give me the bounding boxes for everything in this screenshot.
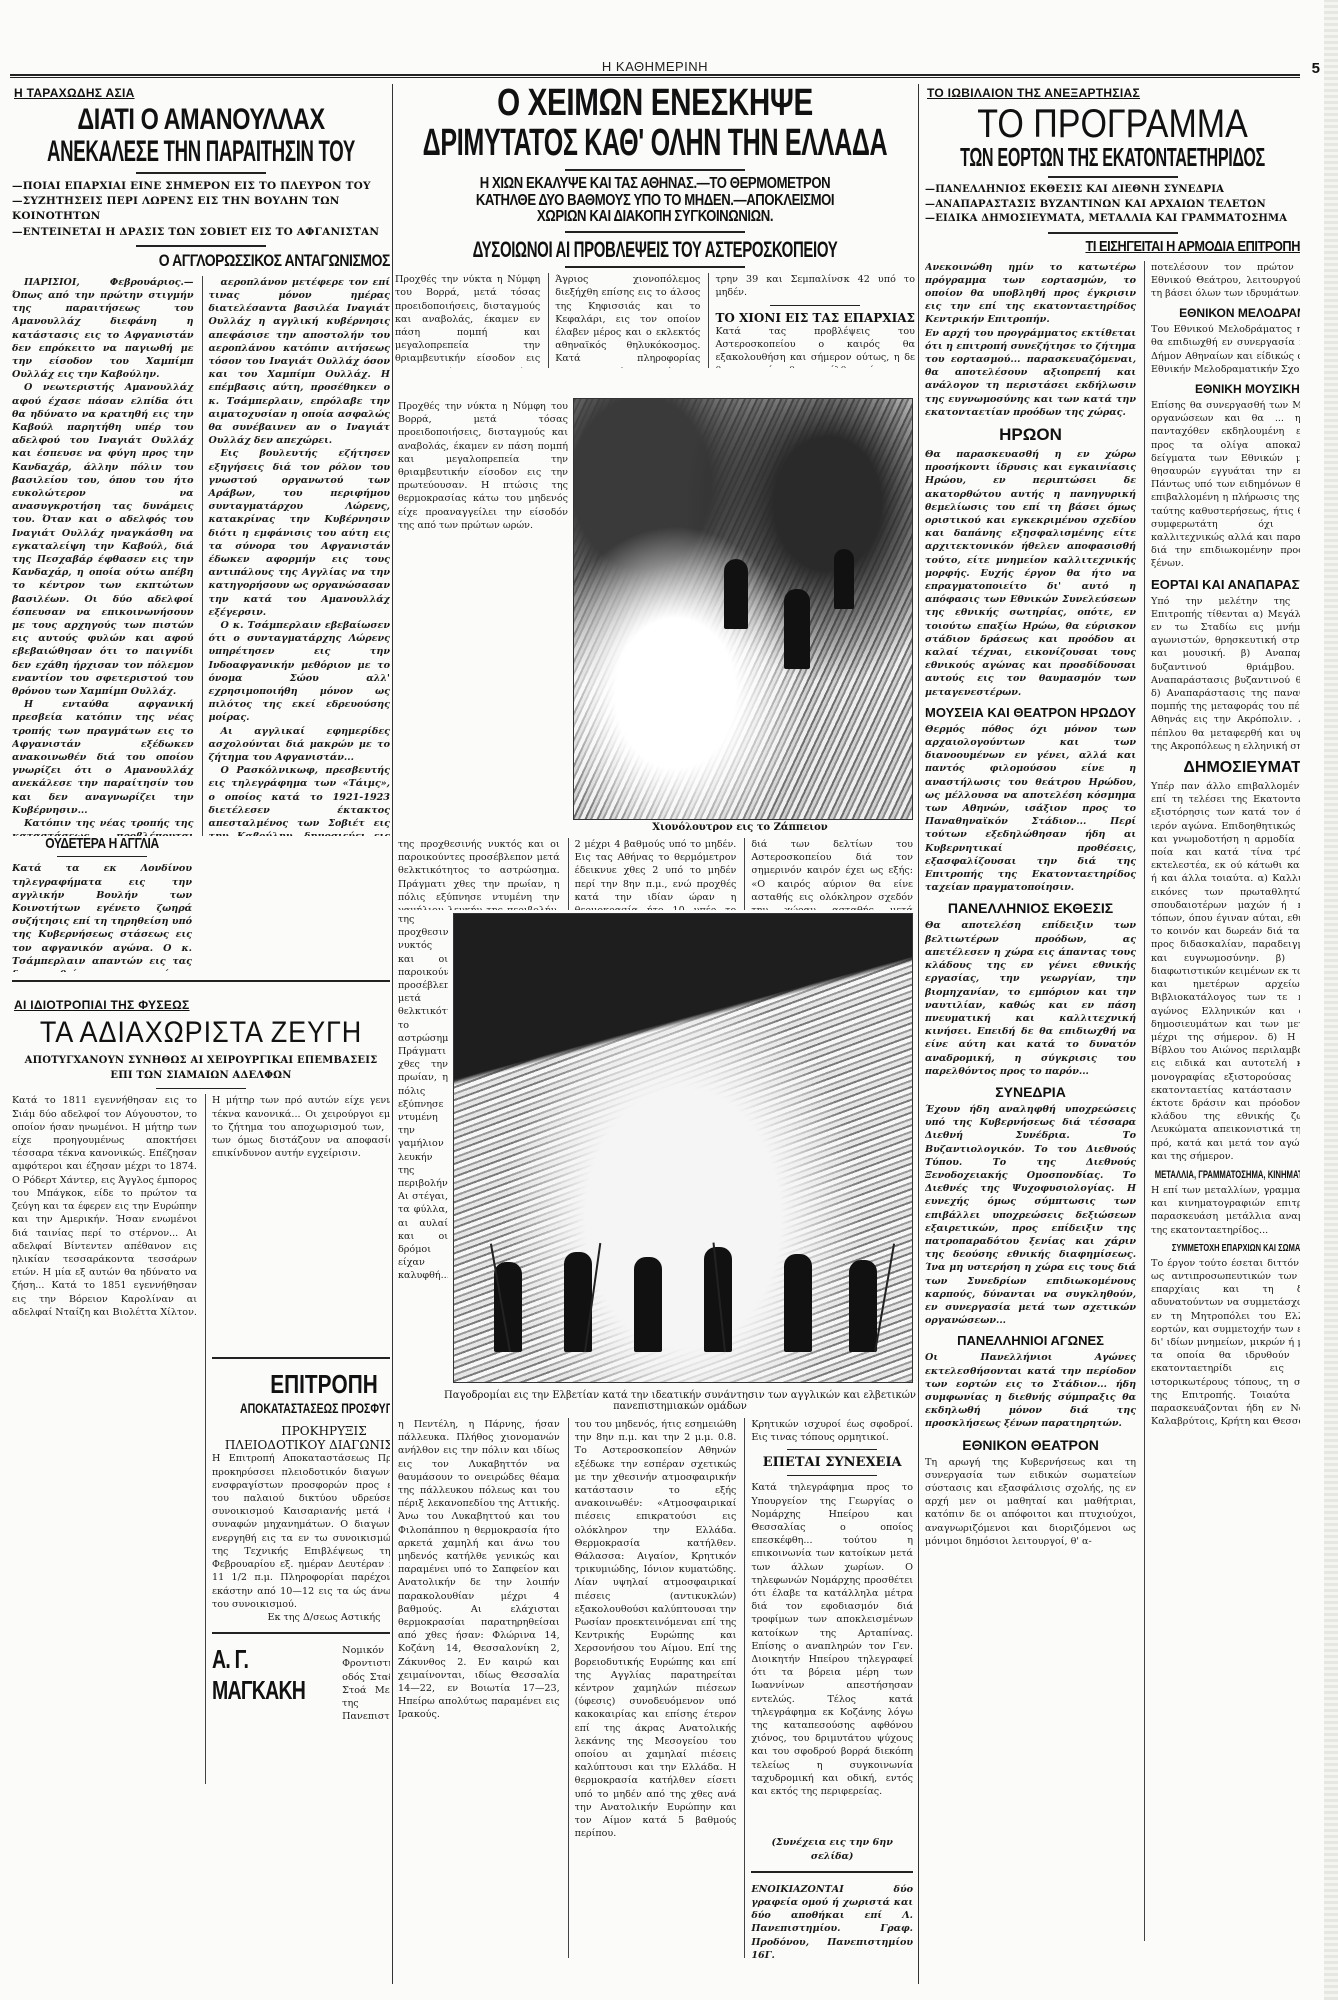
- section-head-festivals: ΕΟΡΤΑΙ ΚΑΙ ΑΝΑΠΑΡΑΣΤΑΣΕΙΣ: [1151, 577, 1300, 592]
- divider: [212, 1357, 390, 1361]
- headline-program-2: ΤΩΝ ΕΟΡΤΩΝ ΤΗΣ ΕΚΑΤΟΝΤΑΕΤΗΡΙΔΟΣ: [928, 144, 1297, 171]
- paragraph: Κατά τηλεγράφημα προς το Υπουργείον της …: [751, 1481, 913, 1836]
- paragraph: Τη αρωγή της Κυβερνήσεως και τη συνεργασ…: [925, 1456, 1136, 1548]
- article-column: 2 μέχρι 4 βαθμούς υπό το μηδέν. Εις τας …: [568, 838, 737, 910]
- classified-ad: ΕΝΟΙΚΙΑΖΟΝΤΑΙ δύο γραφεία ομού ή χωριστά…: [751, 1883, 913, 1958]
- divider: [1048, 176, 1178, 178]
- paragraph: Ανεκοινώθη ημίν το κατωτέρω πρόγραμμα τω…: [925, 261, 1136, 327]
- article-column: Άγριος χιονοπόλεμος διεξήχθη επίσης εις …: [548, 273, 700, 368]
- paragraph: Θα αποτελέση επίδειξιν των βελτιωτέρων π…: [925, 919, 1136, 1077]
- subhead-list: —ΠΟΙΑΙ ΕΠΑΡΧΙΑΙ ΕΙΝΕ ΣΗΜΕΡΟΝ ΕΙΣ ΤΟ ΠΛΕΥ…: [12, 179, 390, 240]
- skier-figure: [849, 1260, 877, 1352]
- continued-footer: (Συνέχεια εις την 6ην σελίδα): [751, 1836, 913, 1862]
- inner-section: ΟΥΔΕΤΕΡΑ Η ΑΓΓΛΙΑ Κατά τα εκ Λονδίνου τη…: [12, 836, 192, 973]
- photo-figure: [834, 549, 854, 609]
- notice-line: ΠΡΟΚΗΡΥΞΙΣ: [212, 1424, 390, 1438]
- section-head-heroon: ΗΡΩΟΝ: [925, 425, 1136, 445]
- kicker-afghanistan: Η ΤΑΡΑΧΩΔΗΣ ΑΣΙΑ: [14, 86, 135, 100]
- article-column: ΠΑΡΙΣΙΟΙ, Φεβρουάριος.— Όπως από την πρώ…: [12, 276, 194, 836]
- divider: [565, 231, 745, 233]
- paragraph: Κατά τας προβλέψεις του Αστεροσκοπείου ο…: [715, 325, 915, 369]
- skier-figure: [634, 1257, 662, 1352]
- section-head-melodrama: ΕΘΝΙΚΟΝ ΜΕΛΟΔΡΑΜΑ: [1151, 306, 1300, 320]
- divider: [212, 1632, 390, 1636]
- masthead: Η ΚΑΘΗΜΕΡΙΝΗ 5: [10, 56, 1300, 76]
- notice-signature: Εκ της Δ/σεως Αστικής: [212, 1611, 390, 1624]
- paragraph: Υπό την μελέτην της Ειδικής Επιτροπής τί…: [1151, 595, 1300, 753]
- article-column: του του μηδενός, ήτις εσημειώθη την 8ην …: [568, 1418, 737, 1958]
- headline-winter-1: Ο ΧΕΙΜΩΝ ΕΝΕΣΚΗΨΕ: [452, 84, 858, 124]
- headline-winter-2: ΔΡΙΜΥΤΑΤΟΣ ΚΑΘ' ΟΛΗΝ ΤΗΝ ΕΛΛΑΔΑ: [404, 124, 906, 164]
- article-winter-strip: της προχθεσινής νυκτός και οι παροικούντ…: [398, 913, 448, 1383]
- notice-body: Η Επιτροπή Αποκαταστάσεως Προσφύγων προκ…: [212, 1452, 390, 1610]
- notice-line: ΠΛΕΙΟΔΟΤΙΚΟΥ ΔΙΑΓΩΝΙΣΜΟΥ: [212, 1438, 390, 1452]
- headline-siamese: ΤΑ ΑΔΙΑΧΩΡΙΣΤΑ ΖΕΥΓΗ: [31, 1016, 371, 1050]
- headline-observatory: ΔΥΣΟΙΩΝΟΙ ΑΙ ΠΡΟΒΛΕΨΕΙΣ ΤΟΥ ΑΣΤΕΡΟΣΚΟΠΕΙ…: [390, 238, 920, 261]
- ad-text: Νομικόν Φροντιστήριον οδός Σταδίου 37α, …: [342, 1644, 390, 1723]
- article-column: Η μήτηρ των πρό αυτών είχε γεννήσει δύο …: [205, 1094, 390, 1784]
- paragraph: αεροπλάνον μετέφερε τον επί τινας μόνον …: [209, 276, 391, 448]
- kicker-nature: ΑΙ ΙΔΙΟΤΡΟΠΙΑΙ ΤΗΣ ΦΥΣΕΩΣ: [14, 998, 190, 1012]
- ad-logo: Α. Γ. ΜΑΓΚΑΚΗ: [212, 1644, 305, 1723]
- paragraph: Θερμός πόθος όχι μόνον των αρχαιολογούντ…: [925, 723, 1136, 895]
- left-column: Η ΤΑΡΑΧΩΔΗΣ ΑΣΙΑ ΔΙΑΤΙ Ο ΑΜΑΝΟΥΛΛΑΧ ΑΝΕΚ…: [12, 80, 390, 1784]
- story-divider: [12, 980, 390, 984]
- divider: [751, 1871, 913, 1875]
- subhead-item: —ΠΟΙΑΙ ΕΠΑΡΧΙΑΙ ΕΙΝΕ ΣΗΜΕΡΟΝ ΕΙΣ ΤΟ ΠΛΕΥ…: [12, 179, 390, 194]
- paragraph: ΠΑΡΙΣΙΟΙ, Φεβρουάριος.— Όπως από την πρώ…: [12, 276, 194, 382]
- notice-refugee-committee: ΕΠΙΤΡΟΠΗ ΑΠΟΚΑΤΑΣΤΑΣΕΩΣ ΠΡΟΣΦΥΓΩΝ ΠΡΟΚΗΡ…: [212, 1369, 390, 1624]
- section-head-medals: ΜΕΤΑΛΛΙΑ, ΓΡΑΜΜΑΤΟΣΗΜΑ, ΚΙΝΗΜΑΤΟΓΡΑΦΟΣ: [1152, 1169, 1300, 1181]
- subhead-item: —ΠΑΝΕΛΛΗΝΙΟΣ ΕΚΘΕΣΙΣ ΚΑΙ ΔΙΕΘΝΗ ΣΥΝΕΔΡΙΑ: [925, 183, 1300, 198]
- newspaper-page: Η ΚΑΘΗΜΕΡΙΝΗ 5 Η ΤΑΡΑΧΩΔΗΣ ΑΣΙΑ ΔΙΑΤΙ Ο …: [0, 0, 1338, 2000]
- headline-program-1: ΤΟ ΠΡΟΓΡΑΜΜΑ: [953, 104, 1272, 144]
- subhead-item: —ΕΙΔΙΚΑ ΔΗΜΟΣΙΕΥΜΑΤΑ, ΜΕΤΑΛΛΙΑ ΚΑΙ ΓΡΑΜΜ…: [925, 212, 1300, 227]
- section-head-monuments: ΣΥΜΜΕΤΟΧΗ ΕΠΑΡΧΙΩΝ ΚΑΙ ΣΩΜΑΤΕΙΩΝ: [1153, 1243, 1300, 1254]
- section-head-congress: ΣΥΝΕΔΡΙΑ: [925, 1084, 1136, 1100]
- section-head-rivalry: Ο ΑΓΓΛΟΡΩΣΣΙΚΟΣ ΑΝΤΑΓΩΝΙΣΜΟΣ: [80, 252, 390, 270]
- middle-column: Ο ΧΕΙΜΩΝ ΕΝΕΣΚΗΨΕ ΔΡΙΜΥΤΑΤΟΣ ΚΑΘ' ΟΛΗΝ Τ…: [395, 80, 915, 368]
- photo-figure: [784, 589, 810, 669]
- article-column: η Πεντέλη, η Πάρνης, ήσαν πάλλευκα. Πλήθ…: [398, 1418, 560, 1958]
- paragraph: Υπέρ παν άλλο επιβαλλομένη είνε η επί τη…: [1151, 780, 1300, 1163]
- paragraph: Ο κ. Τσάμπερλαιν εβεβαίωσεν ότι ο συνταγ…: [209, 619, 391, 725]
- paragraph: Η επί των μεταλλίων, γραμματοσήμων και κ…: [1151, 1184, 1300, 1237]
- column-divider: [918, 84, 919, 1984]
- newspaper-title: Η ΚΑΘΗΜΕΡΙΝΗ: [602, 59, 708, 74]
- ad-magkaki: Α. Γ. ΜΑΓΚΑΚΗ Νομικόν Φροντιστήριον οδός…: [212, 1644, 390, 1723]
- paragraph: Η μήτηρ των πρό αυτών είχε γεννήσει δύο …: [212, 1094, 390, 1349]
- divider: [770, 305, 860, 306]
- subhead-item: —ΕΝΤΕΙΝΕΤΑΙ Η ΔΡΑΣΙΣ ΤΩΝ ΣΟΒΙΕΤ ΕΙΣ ΤΟ Α…: [12, 225, 390, 240]
- paragraph: Η ενταύθα αφγανική πρεσβεία κατόπιν της …: [12, 698, 194, 817]
- masthead-rule: [10, 74, 1300, 78]
- section-head-theatre: ΕΘΝΙΚΟΝ ΘΕΑΤΡΟΝ: [925, 1437, 1136, 1453]
- divider: [1048, 232, 1178, 234]
- section-head-expo: ΠΑΝΕΛΛΗΝΙΟΣ ΕΚΘΕΣΙΣ: [925, 900, 1136, 916]
- paragraph: Κρητικών ισχυροί έως σφοδροί. Εις τινας …: [751, 1418, 913, 1444]
- right-column: ΤΟ ΙΩΒΙΛΑΙΟΝ ΤΗΣ ΑΝΕΞΑΡΤΗΣΙΑΣ ΤΟ ΠΡΟΓΡΑΜ…: [925, 80, 1300, 1941]
- paragraph: Εις βουλευτής εζήτησεν εξηγήσεις διά τον…: [209, 447, 391, 619]
- paragraph: ποτελέσουν τον πρώτον θίασον Εθνικού Θεά…: [1151, 261, 1300, 301]
- paragraph: Αι αγγλικαί εφημερίδες ασχολούνται διά μ…: [209, 725, 391, 765]
- section-head-games: ΠΑΝΕΛΛΗΝΙΟΙ ΑΓΩΝΕΣ: [925, 1333, 1136, 1348]
- article-column: Κατά το 1811 εγεννήθησαν εις το Σιάμ δύο…: [12, 1094, 197, 1784]
- article-winter-bottom: η Πεντέλη, η Πάρνης, ήσαν πάλλευκα. Πλήθ…: [398, 1418, 913, 1958]
- article-program-body: Ανεκοινώθη ημίν το κατωτέρω πρόγραμμα τω…: [925, 261, 1300, 1941]
- article-column: τρην 39 και Σεμπαλίνσκ 42 υπό το μηδέν. …: [708, 273, 915, 368]
- paragraph: Του Εθνικού Μελοδράματος η ίδρυσις θα επ…: [1151, 323, 1300, 376]
- ski-pole: [874, 1243, 895, 1352]
- article-column: Προχθές την νύκτα η Νύμφη του Βορρά, μετ…: [395, 273, 540, 368]
- paragraph: Οι Πανελλήνιοι Αγώνες εκτελεσθήσονται κα…: [925, 1351, 1136, 1430]
- section-head-publications: ΔΗΜΟΣΙΕΥΜΑΤΑ: [1151, 759, 1300, 777]
- article-afghanistan-body: ΠΑΡΙΣΙΟΙ, Φεβρουάριος.— Όπως από την πρώ…: [12, 276, 390, 836]
- paragraph: Το έργον τούτο έσεται διττόν. Εφόσον ως …: [1151, 1257, 1300, 1429]
- divider: [565, 169, 745, 171]
- scan-edge: [1324, 0, 1338, 2000]
- section-head-music: ΕΘΝΙΚΗ ΜΟΥΣΙΚΗ: [1151, 382, 1300, 396]
- paragraph: Εν αρχή του προγράμματος εκτίθεται ότι η…: [925, 327, 1136, 419]
- photo-2-caption: Παγοδρομίαι εις την Ελβετίαν κατά την ιδ…: [440, 1390, 920, 1412]
- section-head-continued: ΕΠΕΤΑΙ ΣΥΝΕΧΕΙΑ: [751, 1455, 913, 1470]
- subhead-winter-3: ΧΩΡΙΩΝ ΚΑΙ ΔΙΑΚΟΠΗ ΣΥΓΚΟΙΝΩΝΙΩΝ.: [442, 209, 868, 226]
- article-winter-mid: της προχθεσινής νυκτός και οι παροικούντ…: [398, 838, 913, 910]
- paragraph: Κατά τα εκ Λονδίνου τηλεγραφήματα εις τη…: [12, 862, 192, 972]
- divider: [565, 266, 745, 268]
- photo-figure: [724, 559, 748, 629]
- photo-skiers: [453, 913, 913, 1383]
- subhead-list: —ΠΑΝΕΛΛΗΝΙΟΣ ΕΚΘΕΣΙΣ ΚΑΙ ΔΙΕΘΝΗ ΣΥΝΕΔΡΙΑ…: [925, 183, 1300, 227]
- story-siamese-twins: ΑΙ ΙΔΙΟΤΡΟΠΙΑΙ ΤΗΣ ΦΥΣΕΩΣ ΤΑ ΑΔΙΑΧΩΡΙΣΤΑ…: [12, 992, 390, 1784]
- subhead-siamese: ΑΠΟΤΥΓΧΑΝΟΥΝ ΣΥΝΗΘΩΣ ΑΙ ΧΕΙΡΟΥΡΓΙΚΑΙ ΕΠΕ…: [12, 1054, 390, 1083]
- divider: [787, 1449, 877, 1450]
- paragraph: τρην 39 και Σεμπαλίνσκ 42 υπό το μηδέν.: [715, 273, 915, 299]
- notice-subtitle: ΑΠΟΚΑΤΑΣΤΑΣΕΩΣ ΠΡΟΣΦΥΓΩΝ: [240, 1400, 390, 1416]
- paragraph: Έχουν ήδη αναληφθή υποχρεώσεις υπό της Κ…: [925, 1103, 1136, 1327]
- article-column: Ανεκοινώθη ημίν το κατωτέρω πρόγραμμα τω…: [925, 261, 1136, 1941]
- divider: [156, 1088, 246, 1089]
- headline-afghanistan-2: ΑΝΕΚΑΛΕΣΕ ΤΗΝ ΠΑΡΑΙΤΗΣΙΝ ΤΟΥ: [28, 136, 374, 168]
- column-divider: [392, 84, 393, 1984]
- article-column: ποτελέσουν τον πρώτον θίασον Εθνικού Θεά…: [1144, 261, 1300, 1941]
- paragraph: Ο νεωτεριστής Αμανουλλάχ αφού έχασε πάσα…: [12, 381, 194, 698]
- divider: [787, 1475, 877, 1476]
- subhead-item: —ΣΥΖΗΤΗΣΕΙΣ ΠΕΡΙ ΛΩΡΕΝΣ ΕΙΣ ΤΗΝ ΒΟΥΛΗΝ Τ…: [12, 194, 390, 224]
- section-head-museum: ΜΟΥΣΕΙΑ ΚΑΙ ΘΕΑΤΡΟΝ ΗΡΩΔΟΥ: [925, 705, 1136, 720]
- page-number: 5: [1312, 60, 1320, 77]
- article-column: διά των δελτίων του Αστεροσκοπείου διά τ…: [744, 838, 913, 910]
- divider: [136, 245, 266, 247]
- subhead-winter-1: Η ΧΙΩΝ ΕΚΑΛΥΨΕ ΚΑΙ ΤΑΣ ΑΘΗΝΑΣ.—ΤΟ ΘΕΡΜΟΜ…: [409, 176, 901, 193]
- notice-title: ΕΠΙΤΡΟΠΗ: [234, 1369, 390, 1400]
- paragraph: Ο Ρασκόλνικωφ, πρεσβευτής εις τηλεγράφημ…: [209, 764, 391, 835]
- article-winter-top: Προχθές την νύκτα η Νύμφη του Βορρά, μετ…: [395, 273, 915, 368]
- paragraph: Θα παρασκευασθή η εν χώρω προσήκοντι ίδρ…: [925, 448, 1136, 699]
- photo-1-caption: Χιονόλουτρον εις το Ζάππειον: [560, 822, 920, 833]
- article-winter-side: Προχθές την νύκτα η Νύμφη του Βορρά, μετ…: [398, 400, 568, 820]
- headline-afghanistan-1: ΔΙΑΤΙ Ο ΑΜΑΝΟΥΛΛΑΧ: [54, 104, 349, 136]
- subhead-winter-2: ΚΑΤΗΛΘΕ ΔΥΟ ΒΑΘΜΟΥΣ ΥΠΟ ΤΟ ΜΗΔΕΝ.—ΑΠΟΚΛΕ…: [409, 193, 901, 210]
- section-head-committee: ΤΙ ΕΙΣΗΓΕΙΤΑΙ Η ΑΡΜΟΔΙΑ ΕΠΙΤΡΟΠΗ: [981, 239, 1300, 255]
- article-siamese-body: Κατά το 1811 εγεννήθησαν εις το Σιάμ δύο…: [12, 1094, 390, 1784]
- subhead-item: —ΑΝΑΠΑΡΑΣΤΑΣΙΣ ΒΥΖΑΝΤΙΝΩΝ ΚΑΙ ΑΡΧΑΙΩΝ ΤΕ…: [925, 198, 1300, 213]
- section-head-neutral: ΟΥΔΕΤΕΡΑ Η ΑΓΓΛΙΑ: [30, 836, 174, 852]
- photo-snow-trees: [573, 398, 913, 820]
- divider: [136, 172, 266, 174]
- paragraph: Κατόπιν της νέας τροπής της καταστάσεως …: [12, 817, 194, 836]
- kicker-independence: ΤΟ ΙΩΒΙΛΑΙΟΝ ΤΗΣ ΑΝΕΞΑΡΤΗΣΙΑΣ: [927, 86, 1140, 100]
- divider: [57, 856, 147, 857]
- photo-figures: [454, 1232, 912, 1352]
- skier-figure: [784, 1254, 812, 1352]
- article-column: αεροπλάνον μετέφερε τον επί τινας μόνον …: [202, 276, 391, 836]
- section-head-provinces: ΤΟ ΧΙΟΝΙ ΕΙΣ ΤΑΣ ΕΠΑΡΧΙΑΣ: [715, 311, 915, 325]
- paragraph: Επίσης θα συνεργασθή των Μουσικών οργανώ…: [1151, 399, 1300, 571]
- article-column: της προχθεσινής νυκτός και οι παροικούντ…: [398, 838, 560, 910]
- article-column: Κρητικών ισχυροί έως σφοδροί. Εις τινας …: [744, 1418, 913, 1958]
